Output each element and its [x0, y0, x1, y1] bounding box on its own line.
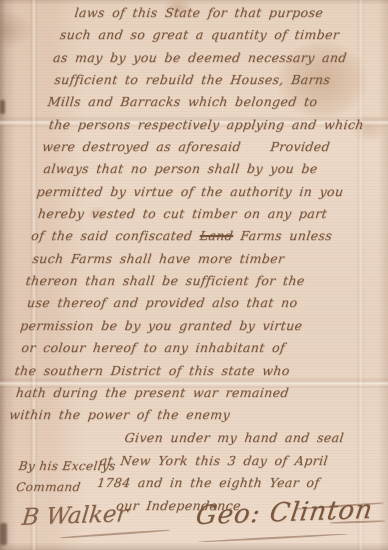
letter-line: the persons respectively applying and wh… [44, 114, 371, 136]
signature-walker: B Walker [21, 501, 129, 531]
letter-line: permission be by you granted by virtue [19, 315, 346, 337]
letter-line: the southern District of this state who [13, 360, 340, 382]
letter-photo: laws of this State for that purpose such… [0, 0, 388, 550]
edge-damage-mark [0, 523, 7, 545]
strike-line-post: Farms unless [232, 228, 333, 243]
letter-line: hereby vested to cut timber on any part [33, 203, 360, 225]
edge-damage-mark [0, 100, 5, 114]
signature-clinton: Geo: Clinton [194, 495, 375, 531]
strike-line-pre: of the said confiscated [30, 228, 200, 243]
closing-line: at New York this 3 day of April [98, 450, 342, 473]
letter-line: permitted by virtue of the authority in … [35, 181, 362, 203]
attestation-block: By his Excellys Command [15, 456, 117, 498]
struck-word: Land [199, 228, 234, 243]
attestation-line: By his Excellys [17, 456, 117, 477]
letter-line: as may by you be deemed necessary and [52, 47, 379, 69]
letter-line: such Farms shall have more timber [27, 248, 354, 270]
letter-body: laws of this State for that purpose such… [8, 2, 384, 427]
letter-line: thereon than shall be sufficient for the [24, 270, 351, 292]
letter-line: were destroyed as aforesaid Provided [41, 136, 368, 158]
attestation-line: Command [15, 477, 115, 498]
letter-line-with-strikethrough: of the said confiscated Land Farms unles… [30, 225, 357, 247]
letter-line: within the power of the enemy [8, 404, 335, 426]
closing-line: Given under my hand and seal [101, 427, 345, 450]
signature-flourish-stroke [198, 533, 348, 543]
letter-line: Mills and Barracks which belonged to [46, 91, 373, 113]
letter-line: sufficient to rebuild the Houses, Barns [49, 69, 376, 91]
letter-line: such and so great a quantity of timber [55, 24, 382, 46]
letter-line: laws of this State for that purpose [57, 2, 384, 24]
closing-line: 1784 and in the eighth Year of [96, 472, 340, 495]
signature-flourish-stroke [60, 529, 170, 538]
letter-line: use thereof and provided also that no [22, 292, 349, 314]
letter-line: always that no person shall by you be [38, 158, 365, 180]
letter-line: or colour hereof to any inhabitant of [16, 337, 343, 359]
letter-line: hath during the present war remained [11, 382, 338, 404]
